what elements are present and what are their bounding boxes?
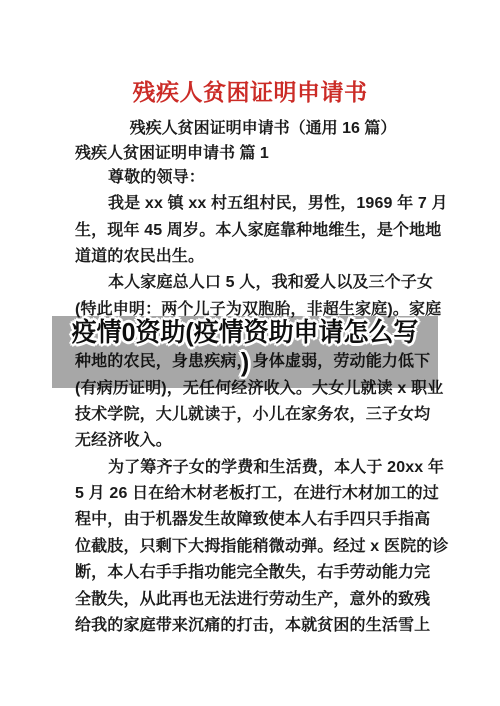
document-subtitle: 残疾人贫困证明申请书（通用 16 篇）	[0, 119, 500, 139]
document-title: 残疾人贫困证明申请书	[0, 79, 500, 105]
document-text-line: 技术学院，大儿就读于，小儿在家务农，三子女均	[75, 402, 431, 428]
document-text-line: 道道的农民出生。	[75, 244, 431, 270]
document-text-line: 本人家庭总人口 5 人，我和爱人以及三个子女	[75, 270, 431, 296]
banner-caption-line2: )	[60, 347, 431, 378]
banner-caption-line1: 疫情0资助(疫情资助申请怎么写	[60, 317, 431, 347]
document-text-line: 程中，由于机器发生故障致使本人右手四只手指高	[75, 507, 431, 533]
document-text-line: 无经济收入。	[75, 428, 431, 454]
document-text-line: 全散失，从此再也无法进行劳动生产，意外的致残	[75, 587, 431, 613]
document-text-line: 为了筹齐子女的学费和生活费，本人于 20xx 年	[75, 455, 431, 481]
watermark-banner-caption: 疫情0资助(疫情资助申请怎么写 )	[60, 317, 431, 378]
document-text-line: 生，现年 45 周岁。本人家庭靠种地维生，是个地地	[75, 218, 431, 244]
document-text-line: 尊敬的领导：	[75, 165, 431, 191]
document-text-line: 我是 xx 镇 xx 村五组村民，男性，1969 年 7 月	[75, 191, 431, 217]
section-heading: 残疾人贫困证明申请书 篇 1	[75, 144, 269, 164]
document-text-line: 5 月 26 日在给木材老板打工，在进行木材加工的过	[75, 481, 431, 507]
document-page: 残疾人贫困证明申请书 残疾人贫困证明申请书（通用 16 篇） 残疾人贫困证明申请…	[0, 0, 500, 706]
document-body: 尊敬的领导：我是 xx 镇 xx 村五组村民，男性，1969 年 7 月生，现年…	[75, 165, 431, 639]
document-text-line: 位截肢，只剩下大拇指能稍微动弹。经过 x 医院的诊	[75, 534, 431, 560]
document-text-line: 断，本人右手手指功能完全散失，右手劳动能力完	[75, 560, 431, 586]
document-text-line: 给我的家庭带来沉痛的打击，本就贫困的生活雪上	[75, 613, 431, 639]
